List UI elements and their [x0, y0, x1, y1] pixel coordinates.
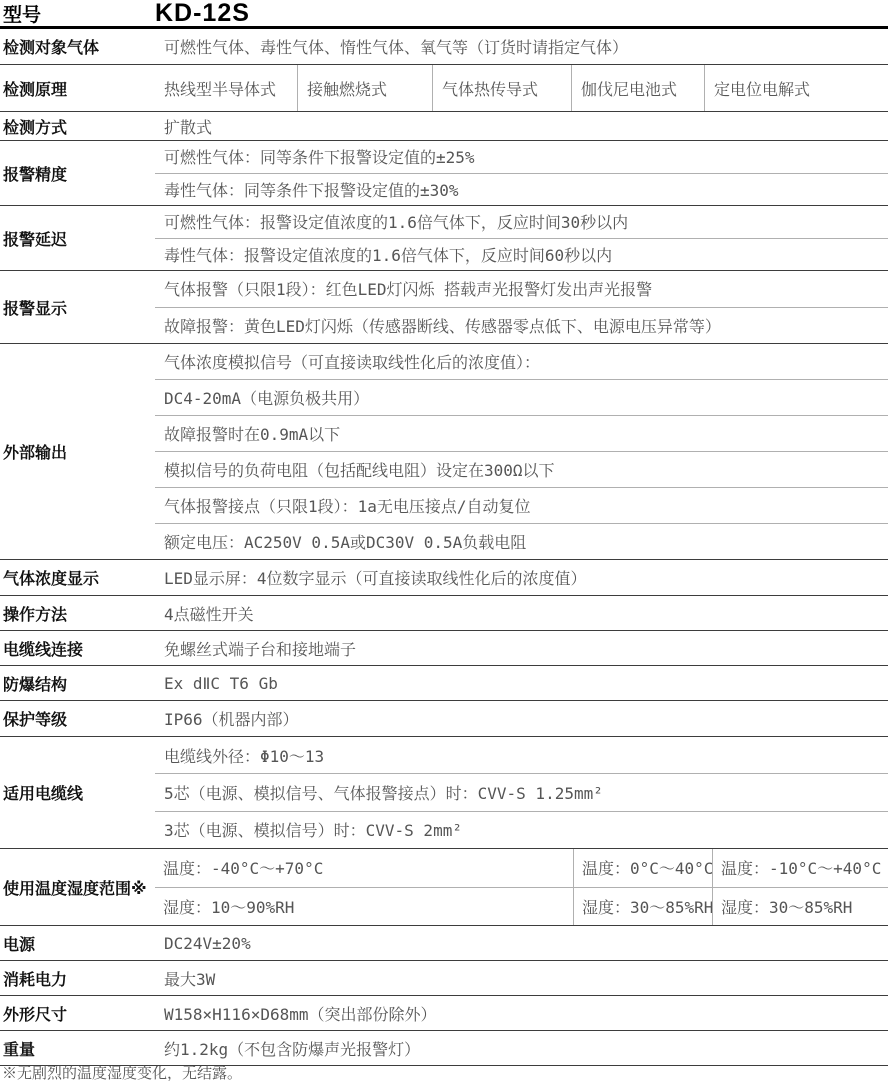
- principle-cell: 伽伐尼电池式: [571, 65, 704, 111]
- spec-row-value: 电缆线外径：Φ10～13: [155, 737, 888, 773]
- spec-row-operation-method: 操作方法 4点磁性开关: [0, 596, 888, 631]
- temp-humidity-grid: 温度：-40°C～+70°C 湿度：10～90%RH 温度：0°C～40°C 湿…: [155, 849, 888, 925]
- spec-row-label: 使用温度湿度范围※: [0, 849, 155, 925]
- temperature-value: 温度：-40°C～+70°C: [155, 849, 573, 887]
- spec-row-value: 毒性气体：报警设定值浓度的1.6倍气体下，反应时间60秒以内: [155, 238, 888, 271]
- spec-row-value: 免螺丝式端子台和接地端子: [155, 631, 888, 665]
- spec-table: 型号 KD-12S 检测对象气体 可燃性气体、毒性气体、惰性气体、氧气等（订货时…: [0, 0, 888, 1081]
- spec-row-label: 外形尺寸: [0, 996, 155, 1030]
- spec-row-label: 气体浓度显示: [0, 560, 155, 595]
- temperature-value: 温度：0°C～40°C: [574, 849, 712, 887]
- spec-row-value: 模拟信号的负荷电阻（包括配线电阻）设定在300Ω以下: [155, 451, 888, 487]
- spec-row-label: 报警精度: [0, 141, 155, 205]
- spec-row-label: 操作方法: [0, 596, 155, 630]
- spec-row-value: 故障报警时在0.9mA以下: [155, 415, 888, 451]
- spec-row-label: 防爆结构: [0, 666, 155, 700]
- spec-row-value: 可燃性气体：报警设定值浓度的1.6倍气体下，反应时间30秒以内: [155, 206, 888, 238]
- spec-row-external-output: 外部输出 气体浓度模拟信号（可直接读取线性化后的浓度值）： DC4-20mA（电…: [0, 344, 888, 560]
- spec-row-value: 故障报警：黄色LED灯闪烁（传感器断线、传感器零点低下、电源电压异常等）: [155, 307, 888, 344]
- spec-row-value: 4点磁性开关: [155, 596, 888, 630]
- spec-row-dimensions: 外形尺寸 W158×H116×D68mm（突出部份除外）: [0, 996, 888, 1031]
- temp-humidity-col: 温度：0°C～40°C 湿度：30～85%RH: [573, 849, 712, 925]
- spec-row-temp-humidity-range: 使用温度湿度范围※ 温度：-40°C～+70°C 湿度：10～90%RH 温度：…: [0, 849, 888, 926]
- model-label: 型号: [0, 0, 155, 27]
- spec-row-value: 气体浓度模拟信号（可直接读取线性化后的浓度值）：: [155, 344, 888, 379]
- header-row: 型号 KD-12S: [0, 0, 888, 29]
- spec-row-applicable-cable: 适用电缆线 电缆线外径：Φ10～13 5芯（电源、模拟信号、气体报警接点）时：C…: [0, 737, 888, 849]
- spec-row-label: 电缆线连接: [0, 631, 155, 665]
- temperature-value: 温度：-10°C～+40°C: [713, 849, 888, 887]
- temp-humidity-col: 温度：-10°C～+40°C 湿度：30～85%RH: [712, 849, 888, 925]
- spec-row-label: 检测原理: [0, 65, 155, 111]
- spec-row-label: 报警显示: [0, 271, 155, 343]
- spec-row-label: 重量: [0, 1031, 155, 1065]
- spec-row-detection-principle: 检测原理 热线型半导体式 接触燃烧式 气体热传导式 伽伐尼电池式 定电位电解式: [0, 65, 888, 112]
- spec-row-concentration-display: 气体浓度显示 LED显示屏：4位数字显示（可直接读取线性化后的浓度值）: [0, 560, 888, 596]
- spec-row-label: 检测方式: [0, 112, 155, 140]
- spec-row-protection-class: 保护等级 IP66（机器内部）: [0, 701, 888, 737]
- spec-row-alarm-delay: 报警延迟 可燃性气体：报警设定值浓度的1.6倍气体下，反应时间30秒以内 毒性气…: [0, 206, 888, 271]
- spec-row-value: 3芯（电源、模拟信号）时：CVV-S 2mm²: [155, 811, 888, 848]
- spec-row-value: IP66（机器内部）: [155, 701, 888, 736]
- spec-row-power-consumption: 消耗电力 最大3W: [0, 961, 888, 996]
- spec-row-value: DC4-20mA（电源负极共用）: [155, 379, 888, 415]
- principle-cell: 接触燃烧式: [297, 65, 432, 111]
- spec-row-label: 电源: [0, 926, 155, 960]
- temp-humidity-col: 温度：-40°C～+70°C 湿度：10～90%RH: [155, 849, 573, 925]
- spec-row-detection-method: 检测方式 扩散式: [0, 112, 888, 141]
- spec-row-target-gases: 检测对象气体 可燃性气体、毒性气体、惰性气体、氧气等（订货时请指定气体）: [0, 29, 888, 65]
- spec-row-label: 适用电缆线: [0, 737, 155, 848]
- spec-row-label: 检测对象气体: [0, 29, 155, 64]
- spec-row-value: 额定电压：AC250V 0.5A或DC30V 0.5A负载电阻: [155, 523, 888, 559]
- spec-row-alarm-accuracy: 报警精度 可燃性气体：同等条件下报警设定值的±25% 毒性气体：同等条件下报警设…: [0, 141, 888, 206]
- humidity-value: 湿度：30～85%RH: [574, 887, 712, 926]
- spec-row-value: 毒性气体：同等条件下报警设定值的±30%: [155, 173, 888, 206]
- humidity-value: 湿度：10～90%RH: [155, 887, 573, 926]
- humidity-value: 湿度：30～85%RH: [713, 887, 888, 926]
- model-number: KD-12S: [155, 0, 250, 28]
- spec-row-weight: 重量 约1.2kg（不包含防爆声光报警灯）: [0, 1031, 888, 1066]
- principle-cell: 热线型半导体式: [155, 65, 297, 111]
- principle-cells: 热线型半导体式 接触燃烧式 气体热传导式 伽伐尼电池式 定电位电解式: [155, 65, 888, 111]
- spec-row-value: W158×H116×D68mm（突出部份除外）: [155, 996, 888, 1030]
- spec-row-value: LED显示屏：4位数字显示（可直接读取线性化后的浓度值）: [155, 560, 888, 595]
- spec-row-value: 扩散式: [155, 112, 888, 140]
- spec-row-alarm-display: 报警显示 气体报警（只限1段）：红色LED灯闪烁 搭载声光报警灯发出声光报警 故…: [0, 271, 888, 344]
- spec-row-power-supply: 电源 DC24V±20%: [0, 926, 888, 961]
- spec-row-value: 可燃性气体、毒性气体、惰性气体、氧气等（订货时请指定气体）: [155, 29, 888, 64]
- spec-row-value: Ex dⅡC T6 Gb: [155, 666, 888, 700]
- spec-row-value: 约1.2kg（不包含防爆声光报警灯）: [155, 1031, 888, 1065]
- spec-row-label: 报警延迟: [0, 206, 155, 270]
- spec-row-explosion-proof: 防爆结构 Ex dⅡC T6 Gb: [0, 666, 888, 701]
- spec-row-value: 气体报警接点（只限1段）：1a无电压接点/自动复位: [155, 487, 888, 523]
- principle-cell: 定电位电解式: [704, 65, 888, 111]
- spec-row-cable-connection: 电缆线连接 免螺丝式端子台和接地端子: [0, 631, 888, 666]
- spec-row-value: 5芯（电源、模拟信号、气体报警接点）时：CVV-S 1.25mm²: [155, 773, 888, 810]
- footnote: ※无剧烈的温度湿度变化，无结露。: [0, 1066, 888, 1081]
- spec-row-label: 外部输出: [0, 344, 155, 559]
- spec-row-label: 消耗电力: [0, 961, 155, 995]
- spec-row-value: DC24V±20%: [155, 926, 888, 960]
- spec-row-value: 可燃性气体：同等条件下报警设定值的±25%: [155, 141, 888, 173]
- principle-cell: 气体热传导式: [432, 65, 571, 111]
- spec-row-value: 最大3W: [155, 961, 888, 995]
- spec-row-value: 气体报警（只限1段）：红色LED灯闪烁 搭载声光报警灯发出声光报警: [155, 271, 888, 307]
- spec-row-label: 保护等级: [0, 701, 155, 736]
